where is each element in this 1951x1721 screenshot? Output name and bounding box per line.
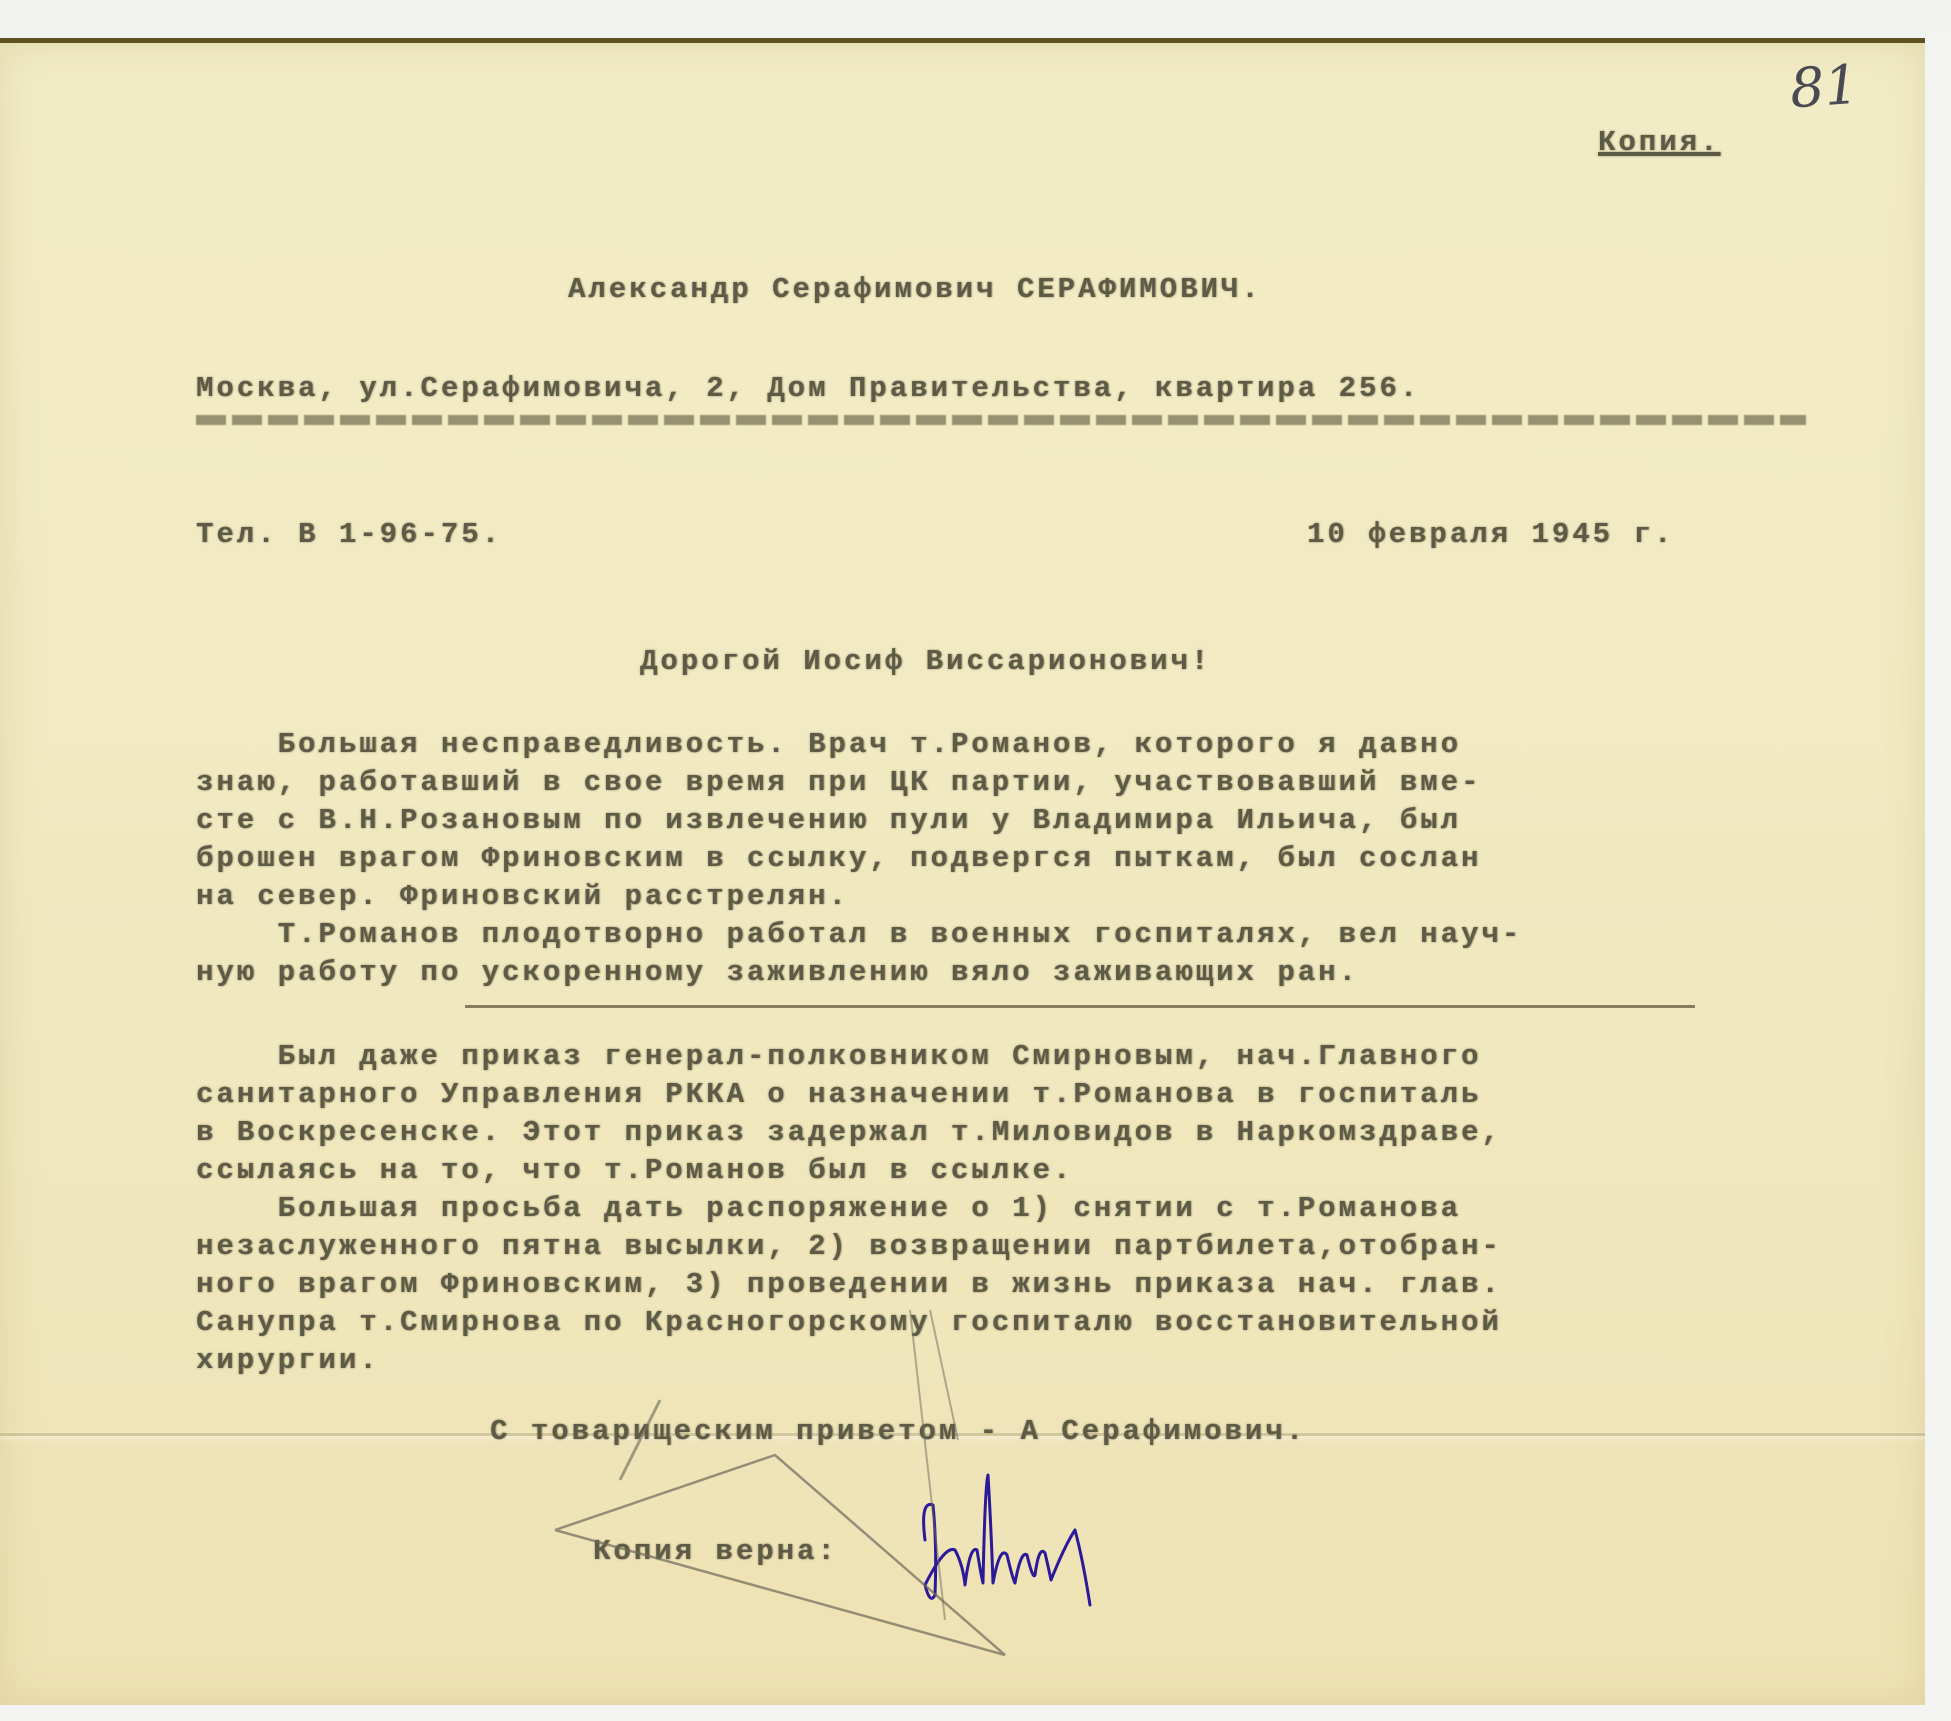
author-address: Москва, ул.Серафимовича, 2, Дом Правител…	[196, 372, 1420, 405]
copy-label: Копия.	[1598, 126, 1720, 159]
address-separator-line	[196, 415, 1806, 425]
body-line: Был даже приказ генерал-полковником Смир…	[196, 1040, 1481, 1073]
scanner-background-strip	[0, 0, 1951, 38]
certified-copy-label: Копия верна:	[593, 1535, 838, 1568]
body-line: ного врагом Фриновским, 3) проведении в …	[196, 1268, 1502, 1301]
body-line: хирургии.	[196, 1344, 380, 1377]
archive-page-number: 81	[1788, 53, 1861, 121]
letter-date: 10 февраля 1945 г.	[1307, 518, 1674, 551]
body-line: в Воскресенске. Этот приказ задержал т.М…	[196, 1116, 1502, 1149]
closing-signoff: С товарищеским приветом - А Серафимович.	[490, 1415, 1306, 1448]
body-line: незаслуженного пятна высылки, 2) возвращ…	[196, 1230, 1502, 1263]
body-line: брошен врагом Фриновским в ссылку, подве…	[196, 842, 1481, 875]
body-line: санитарного Управления РККА о назначении…	[196, 1078, 1481, 1111]
body-line: знаю, работавший в свое время при ЦК пар…	[196, 766, 1481, 799]
body-line: на север. Фриновский расстрелян.	[196, 880, 849, 913]
body-line: ную работу по ускоренному заживлению вял…	[196, 956, 1359, 989]
ink-signature	[915, 1465, 1135, 1615]
body-line: Санупра т.Смирнова по Красногорскому гос…	[196, 1306, 1502, 1339]
body-line: ссылаясь на то, что т.Романов был в ссыл…	[196, 1154, 1073, 1187]
salutation: Дорогой Иосиф Виссарионович!	[640, 645, 1211, 678]
body-line: Т.Романов плодотворно работал в военных …	[196, 918, 1522, 951]
body-line: сте с В.Н.Розановым по извлечению пули у…	[196, 804, 1461, 837]
author-name-heading: Александр Серафимович СЕРАФИМОВИЧ.	[568, 273, 1262, 306]
typed-underline	[465, 1005, 1695, 1008]
phone-number: Тел. В 1-96-75.	[196, 518, 502, 551]
body-line: Большая несправедливость. Врач т.Романов…	[196, 728, 1461, 761]
body-line: Большая просьба дать распоряжение о 1) с…	[196, 1192, 1461, 1225]
